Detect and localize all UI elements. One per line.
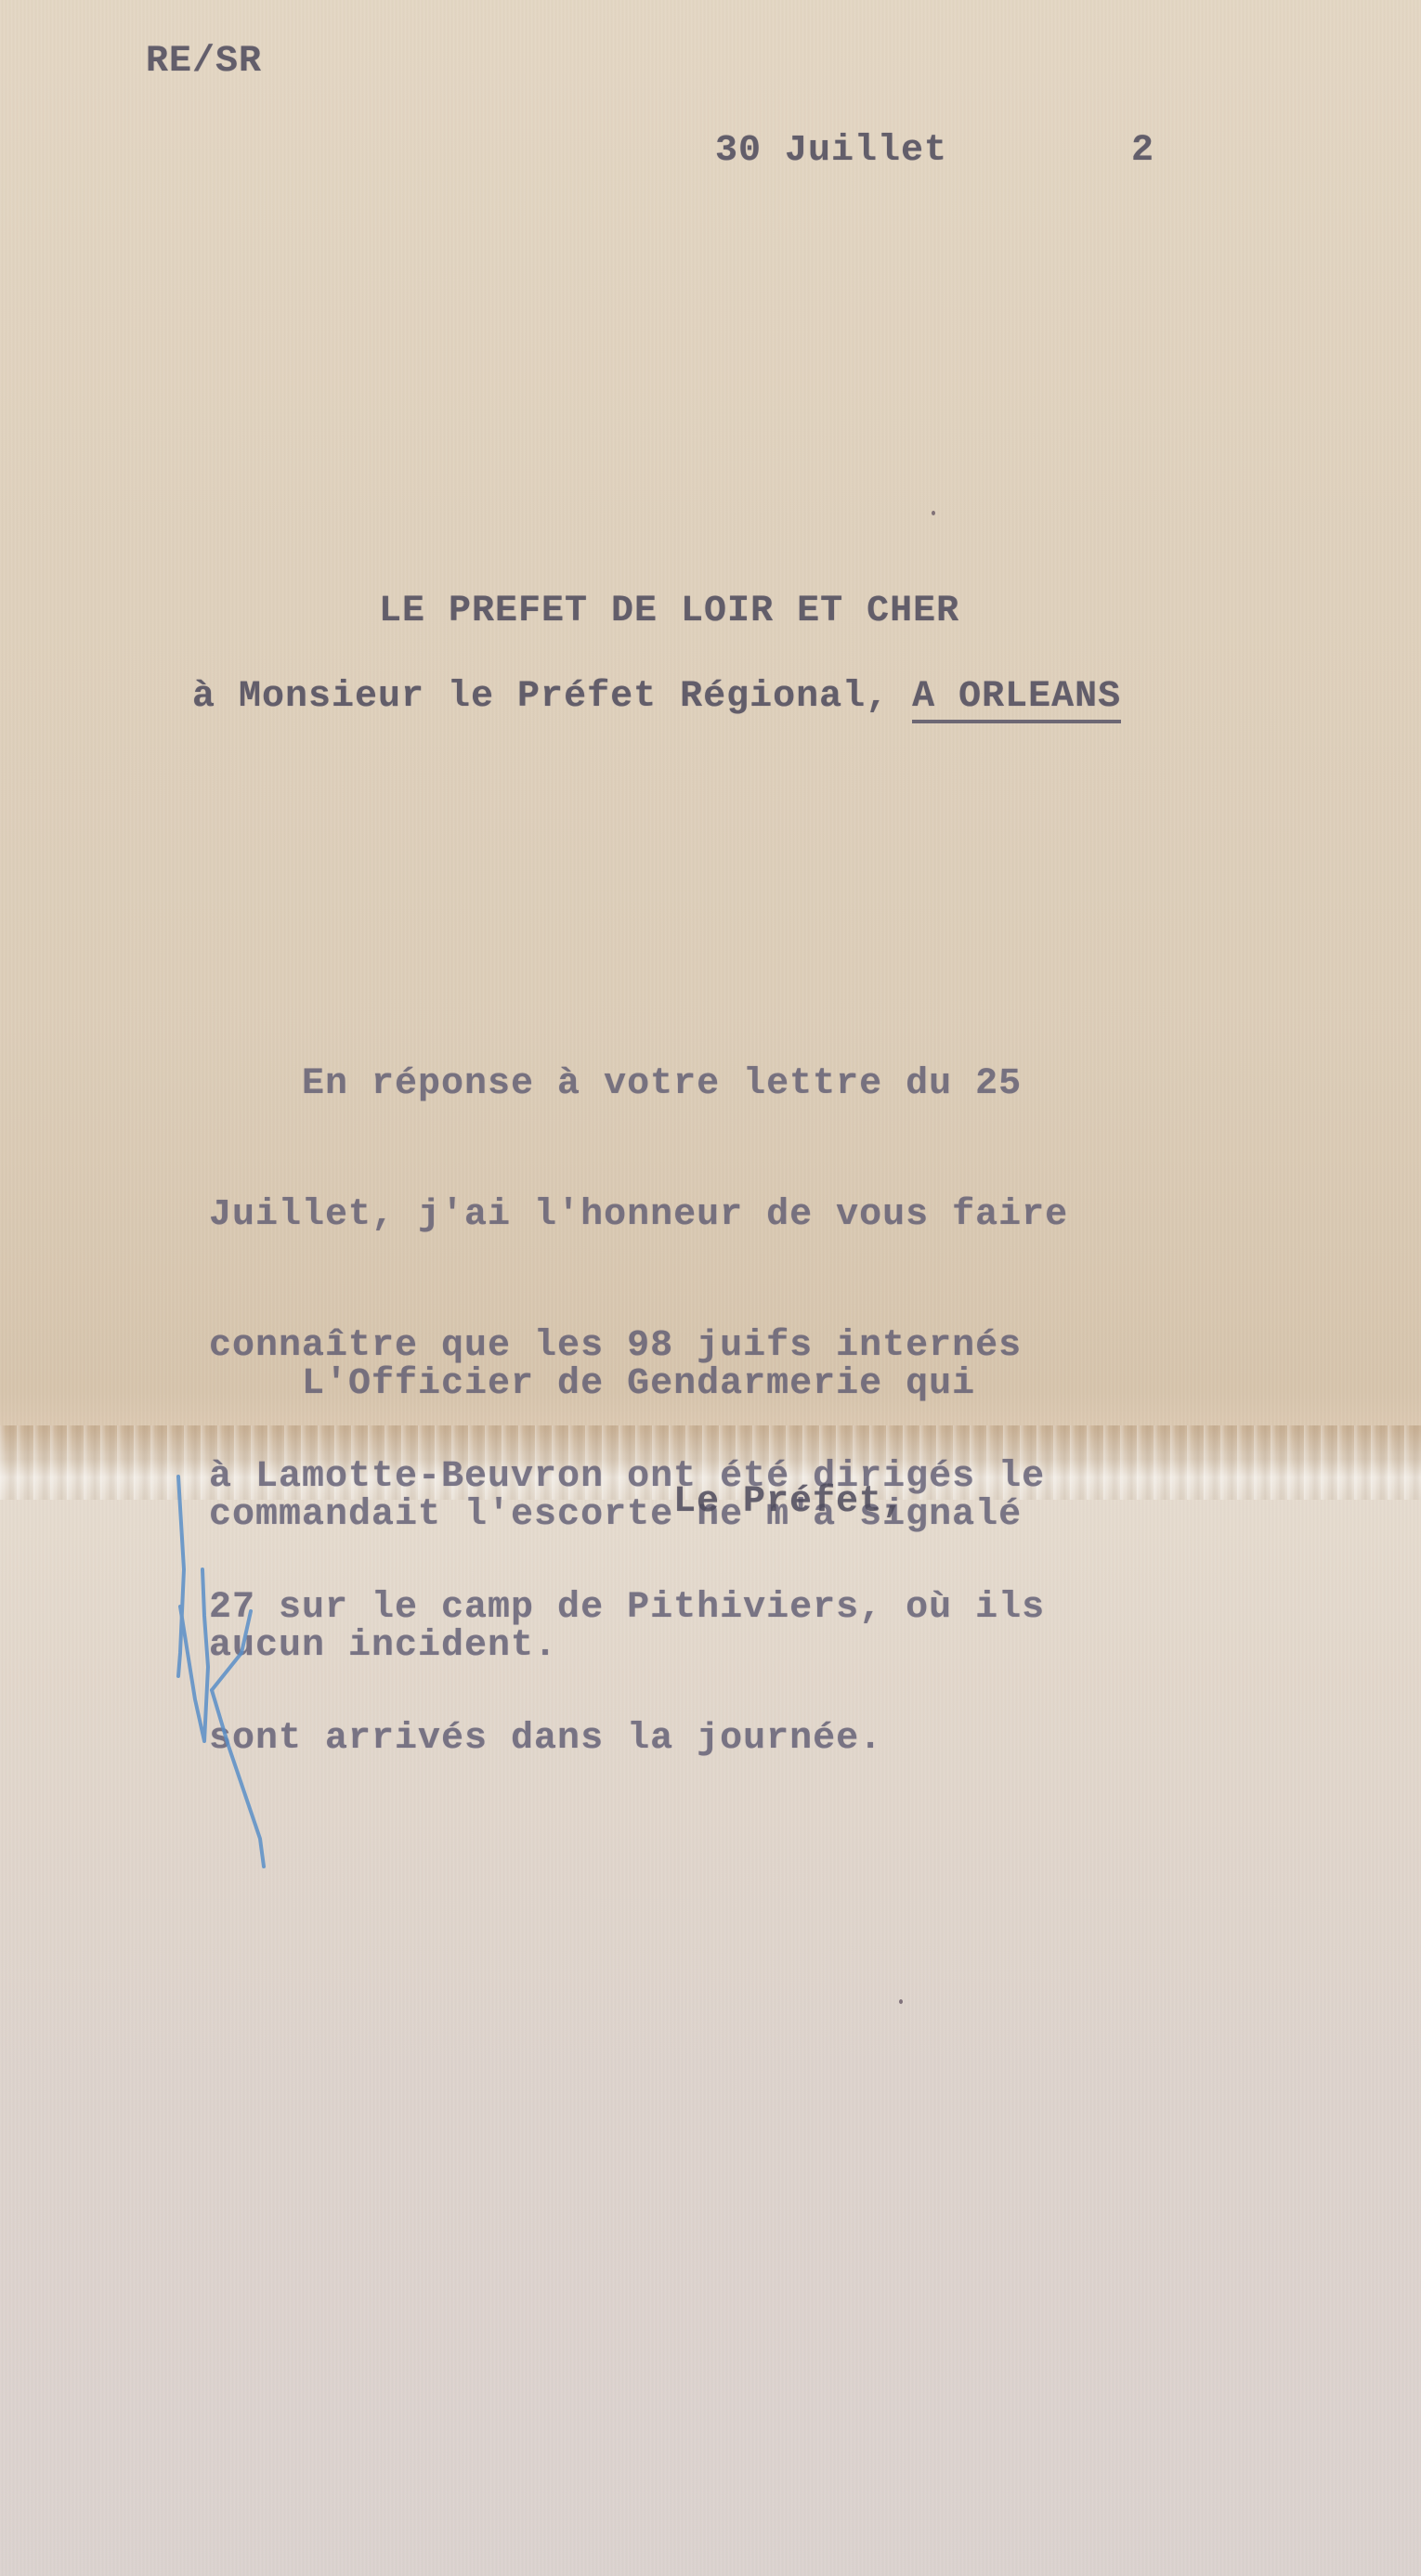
recipient-line: à Monsieur le Préfet Régional, A ORLEANS [192,676,1121,718]
recipient-prefix: à Monsieur le Préfet Régional, [192,676,912,718]
signature-icon [167,1467,334,1876]
body-line: sont arrivés dans la journée. [209,1717,1068,1761]
page-number: 2 [1131,130,1154,172]
reference-code: RE/SR [146,41,262,83]
sender-heading: LE PREFET DE LOIR ET CHER [379,591,959,632]
paper-speck [899,1999,903,2004]
recipient-city: A ORLEANS [912,676,1121,723]
letter-date: 30 Juillet [715,130,947,172]
body-line: L'Officier de Gendarmerie qui [209,1362,1022,1406]
body-line: Juillet, j'ai l'honneur de vous faire [209,1193,1068,1237]
paper-speck [932,511,935,515]
body-line: En réponse à votre lettre du 25 [209,1062,1068,1106]
closing-signoff: Le Préfet, [673,1481,906,1523]
